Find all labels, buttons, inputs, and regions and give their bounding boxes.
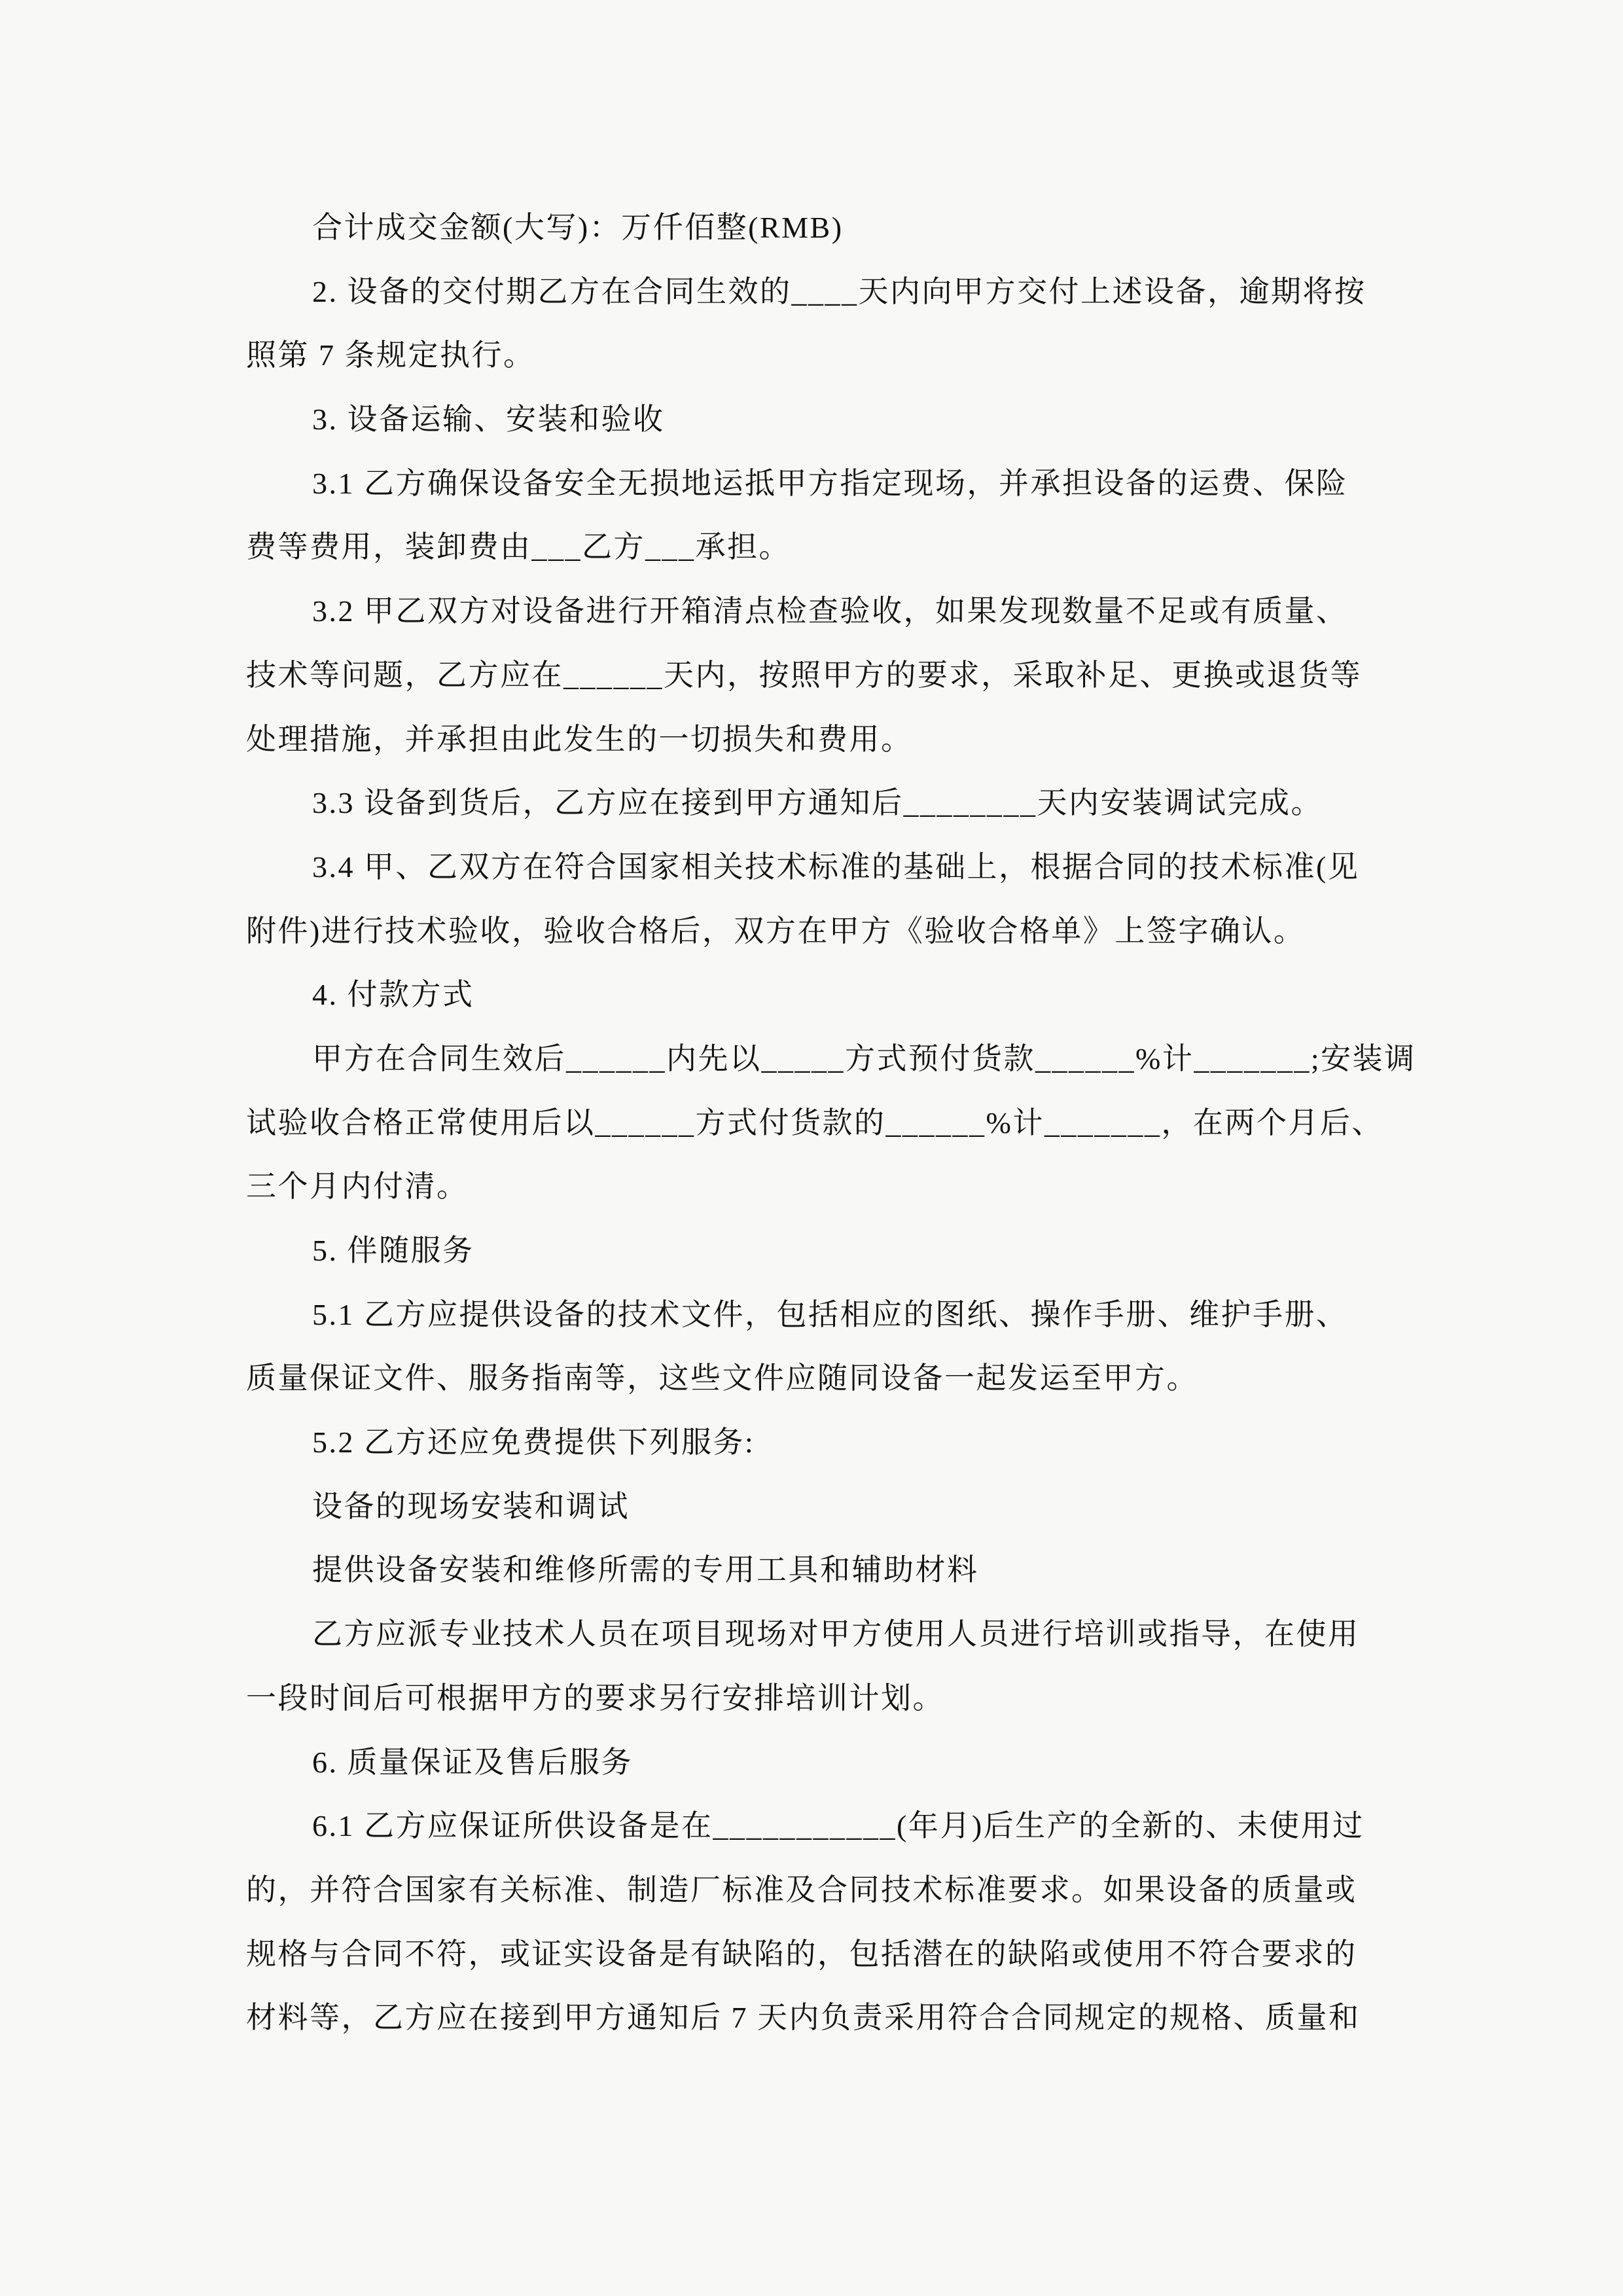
text-line: 材料等，乙方应在接到甲方通知后 7 天内负责采用符合合同规定的规格、质量和 bbox=[246, 1986, 1398, 2050]
text-line: 3. 设备运输、安装和验收 bbox=[246, 387, 1398, 452]
text-line: 5.2 乙方还应免费提供下列服务: bbox=[246, 1410, 1398, 1475]
text-line: 6. 质量保证及售后服务 bbox=[246, 1731, 1398, 1795]
document-page: 合计成交金额(大写)：万仟佰整(RMB)2. 设备的交付期乙方在合同生效的___… bbox=[0, 0, 1623, 2296]
text-line: 6.1 乙方应保证所供设备是在___________(年月)后生产的全新的、未使… bbox=[246, 1794, 1398, 1858]
text-line: 乙方应派专业技术人员在项目现场对甲方使用人员进行培训或指导，在使用 bbox=[246, 1602, 1398, 1666]
text-line: 甲方在合同生效后______内先以_____方式预付货款______%计____… bbox=[246, 1027, 1398, 1091]
text-line: 质量保证文件、服务指南等，这些文件应随同设备一起发运至甲方。 bbox=[246, 1346, 1398, 1410]
text-line: 4. 付款方式 bbox=[246, 963, 1398, 1027]
text-line: 3.1 乙方确保设备安全无损地运抵甲方指定现场，并承担设备的运费、保险 bbox=[246, 452, 1398, 516]
text-line: 提供设备安装和维修所需的专用工具和辅助材料 bbox=[246, 1538, 1398, 1602]
text-line: 5.1 乙方应提供设备的技术文件，包括相应的图纸、操作手册、维护手册、 bbox=[246, 1283, 1398, 1347]
text-line: 处理措施，并承担由此发生的一切损失和费用。 bbox=[246, 708, 1398, 772]
text-line: 试验收合格正常使用后以______方式付货款的______%计_______，在… bbox=[246, 1091, 1398, 1155]
text-line: 规格与合同不符，或证实设备是有缺陷的，包括潜在的缺陷或使用不符合要求的 bbox=[246, 1922, 1398, 1986]
text-line: 照第 7 条规定执行。 bbox=[246, 323, 1398, 387]
text-line: 2. 设备的交付期乙方在合同生效的____天内向甲方交付上述设备，逾期将按 bbox=[246, 260, 1398, 324]
text-line: 设备的现场安装和调试 bbox=[246, 1475, 1398, 1539]
text-line: 一段时间后可根据甲方的要求另行安排培训计划。 bbox=[246, 1666, 1398, 1731]
text-line: 3.4 甲、乙双方在符合国家相关技术标准的基础上，根据合同的技术标准(见 bbox=[246, 835, 1398, 899]
text-line: 三个月内付清。 bbox=[246, 1155, 1398, 1219]
text-line: 费等费用，装卸费由___乙方___承担。 bbox=[246, 515, 1398, 579]
text-line: 3.3 设备到货后，乙方应在接到甲方通知后________天内安装调试完成。 bbox=[246, 771, 1398, 835]
document-body: 合计成交金额(大写)：万仟佰整(RMB)2. 设备的交付期乙方在合同生效的___… bbox=[246, 196, 1398, 2050]
text-line: 技术等问题，乙方应在______天内，按照甲方的要求，采取补足、更换或退货等 bbox=[246, 643, 1398, 708]
text-line: 合计成交金额(大写)：万仟佰整(RMB) bbox=[246, 196, 1398, 260]
text-line: 的，并符合国家有关标准、制造厂标准及合同技术标准要求。如果设备的质量或 bbox=[246, 1858, 1398, 1922]
text-line: 附件)进行技术验收，验收合格后，双方在甲方《验收合格单》上签字确认。 bbox=[246, 899, 1398, 963]
text-line: 3.2 甲乙双方对设备进行开箱清点检查验收，如果发现数量不足或有质量、 bbox=[246, 579, 1398, 643]
text-line: 5. 伴随服务 bbox=[246, 1219, 1398, 1283]
